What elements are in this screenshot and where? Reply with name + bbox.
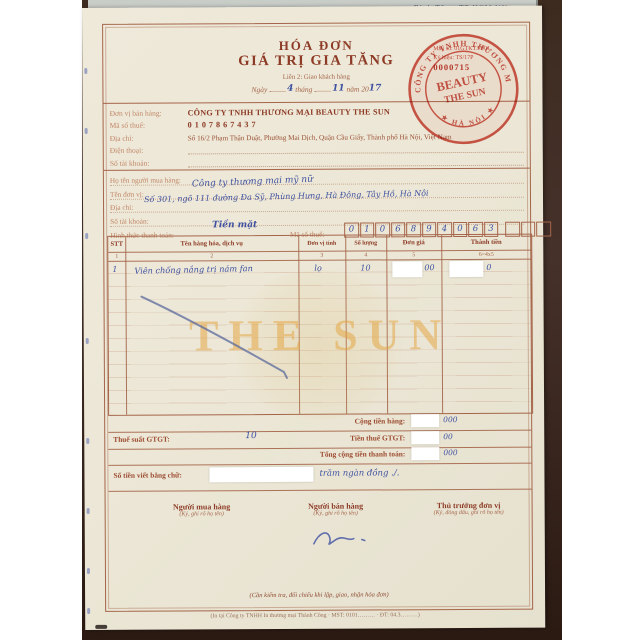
date-dots [269,84,285,92]
tax-digit-box: 0 [375,222,390,237]
printer-credit-note: (In tại Công ty TNHH In thương mại Thành… [85,612,545,620]
tax-digit-box: 9 [422,222,437,237]
col-header-stt: STT [108,239,125,252]
redaction-box-subtotal [411,414,439,427]
edge-dot [84,68,87,74]
totals-line [108,430,531,433]
signature-buyer: Người mua hàng (Ký, ghi rõ họ tên) [132,502,272,518]
amount-in-words-label: Số tiền viết bằng chữ: [113,470,223,480]
edge-dot [87,508,90,514]
buyer-unit-label: Tên đơn vị: [110,189,144,198]
wooden-table-background: – Bình Tân · TP HCM VN HÓA ĐƠN GIÁ TRỊ G… [82,0,562,640]
totals-line [108,463,531,466]
col-number: 4 [345,251,386,259]
item-amount-visible-handwritten: 0 [486,263,491,272]
col-number: 5 [386,251,441,259]
verification-note: (Cần kiểm tra, đối chiếu khi lập, giao, … [106,591,532,600]
subtotal-label: Cộng tiền hàng: [275,416,405,426]
date-prefix: Ngày [251,85,267,94]
signature-director-note: (Ký, đóng dấu, ghi rõ họ tên) [394,510,544,517]
seller-account-row: Số tài khoản: [110,153,524,168]
tax-digit-box: 0 [453,222,468,237]
seller-phone-label: Điện thoại: [110,146,188,155]
date-infix2: năm 20 [346,84,368,93]
date-day-handwritten: 4 [287,84,293,94]
signature-buyer-note: (Ký, ghi rõ họ tên) [132,511,272,518]
pen-strike-line [108,259,532,415]
tax-digit-box: 8 [406,222,421,237]
buyer-name-label: Họ tên người mua hàng: [110,175,181,184]
buyer-address-label: Địa chỉ: [110,203,133,212]
tax-digit-box-empty [536,222,551,237]
table-body: THE SUN 1 Viên chống nắng trị nám fan lọ… [108,259,532,415]
date-month-handwritten: 11 [332,84,345,94]
totals-line [109,489,532,492]
edge-dot [87,568,90,574]
grand-total-visible-handwritten: 000 [443,448,457,457]
redaction-box-vat [411,431,439,444]
edge-dot [85,128,88,134]
edge-dot [85,233,88,239]
col-number: 1 [108,253,125,261]
tax-digit-box-empty [521,222,536,237]
signature-seller-note: (Ký, ghi rõ họ tên) [266,510,406,517]
item-unit-handwritten: lọ [314,264,321,273]
blank-dotted-line [188,156,524,168]
vat-rate-label: Thuế suất GTGT: [113,434,213,444]
vat-amount-visible-handwritten: 00 [443,432,453,441]
redaction-box-amount-words [209,467,313,483]
amount-in-words-visible-handwritten: trăm ngàn đồng ./. [319,468,399,478]
item-price-visible-handwritten: 00 [424,263,434,272]
invoice-paper: HÓA ĐƠN GIÁ TRỊ GIA TĂNG Liên 2: Giao kh… [82,6,545,630]
invoice-photo: – Bình Tân · TP HCM VN HÓA ĐƠN GIÁ TRỊ G… [0,0,640,640]
item-qty-handwritten: 10 [360,263,370,272]
tax-digit-box-empty [505,222,520,237]
date-dots [314,84,330,92]
payment-method-handwritten: Tiền mặt [212,220,257,230]
paper-corner-shadow [95,625,107,629]
tax-digit-box: 4 [437,222,452,237]
buyer-account-label: Số tài khoản: [110,217,149,226]
tax-digit-box: 1 [360,222,375,237]
date-year-handwritten: 17 [369,83,382,93]
col-header-price: Đơn giá [386,237,441,250]
tax-digit-box: 6 [468,222,483,237]
seller-signature-scribble [306,525,376,551]
col-number: 3 [298,252,345,260]
seller-address-label: Địa chỉ: [110,133,188,142]
seller-tax-label: Mã số thuế: [110,121,188,130]
tax-digit-box: 6 [391,222,406,237]
blank-dotted-line [188,143,524,155]
col-header-unit: Đơn vị tính [298,238,345,251]
edge-dot [86,338,89,344]
seller-unit-label: Đơn vị bán hàng: [110,108,188,117]
vat-amount-label: Tiền thuế GTGT: [290,433,405,443]
redaction-box-grand-total [411,447,439,460]
red-company-stamp-icon: CÔNG TY TNHH THƯƠNG MẠI ★ HÀ NỘI ★ BEAUT… [397,22,530,155]
col-header-qty: Số lượng [345,237,386,250]
edge-dot [86,438,89,444]
col-header-name: Tên hàng hóa, dịch vụ [125,238,298,252]
buyer-tax-code-boxes: 0 1 0 6 8 9 4 0 6 3 [344,222,552,238]
seller-account-label: Số tài khoản: [110,158,188,167]
grand-total-label: Tổng cộng tiền thanh toán: [245,449,405,459]
item-stt-handwritten: 1 [112,265,117,274]
tax-digit-box: 0 [344,223,359,238]
subtotal-visible-handwritten: 000 [443,415,457,424]
col-header-amount: Thành tiền [441,237,531,250]
signature-director: Thủ trưởng đơn vị (Ký, đóng dấu, ghi rõ … [394,501,544,517]
signature-seller: Người bán hàng (Ký, ghi rõ họ tên) [266,501,406,517]
invoice-border: HÓA ĐƠN GIÁ TRỊ GIA TĂNG Liên 2: Giao kh… [102,22,533,612]
vat-rate-handwritten: 10 [245,431,257,441]
date-infix1: tháng [295,85,312,94]
tax-digit-box: 3 [484,222,499,237]
items-table: STT Tên hàng hóa, dịch vụ Đơn vị tính Số… [107,234,533,416]
